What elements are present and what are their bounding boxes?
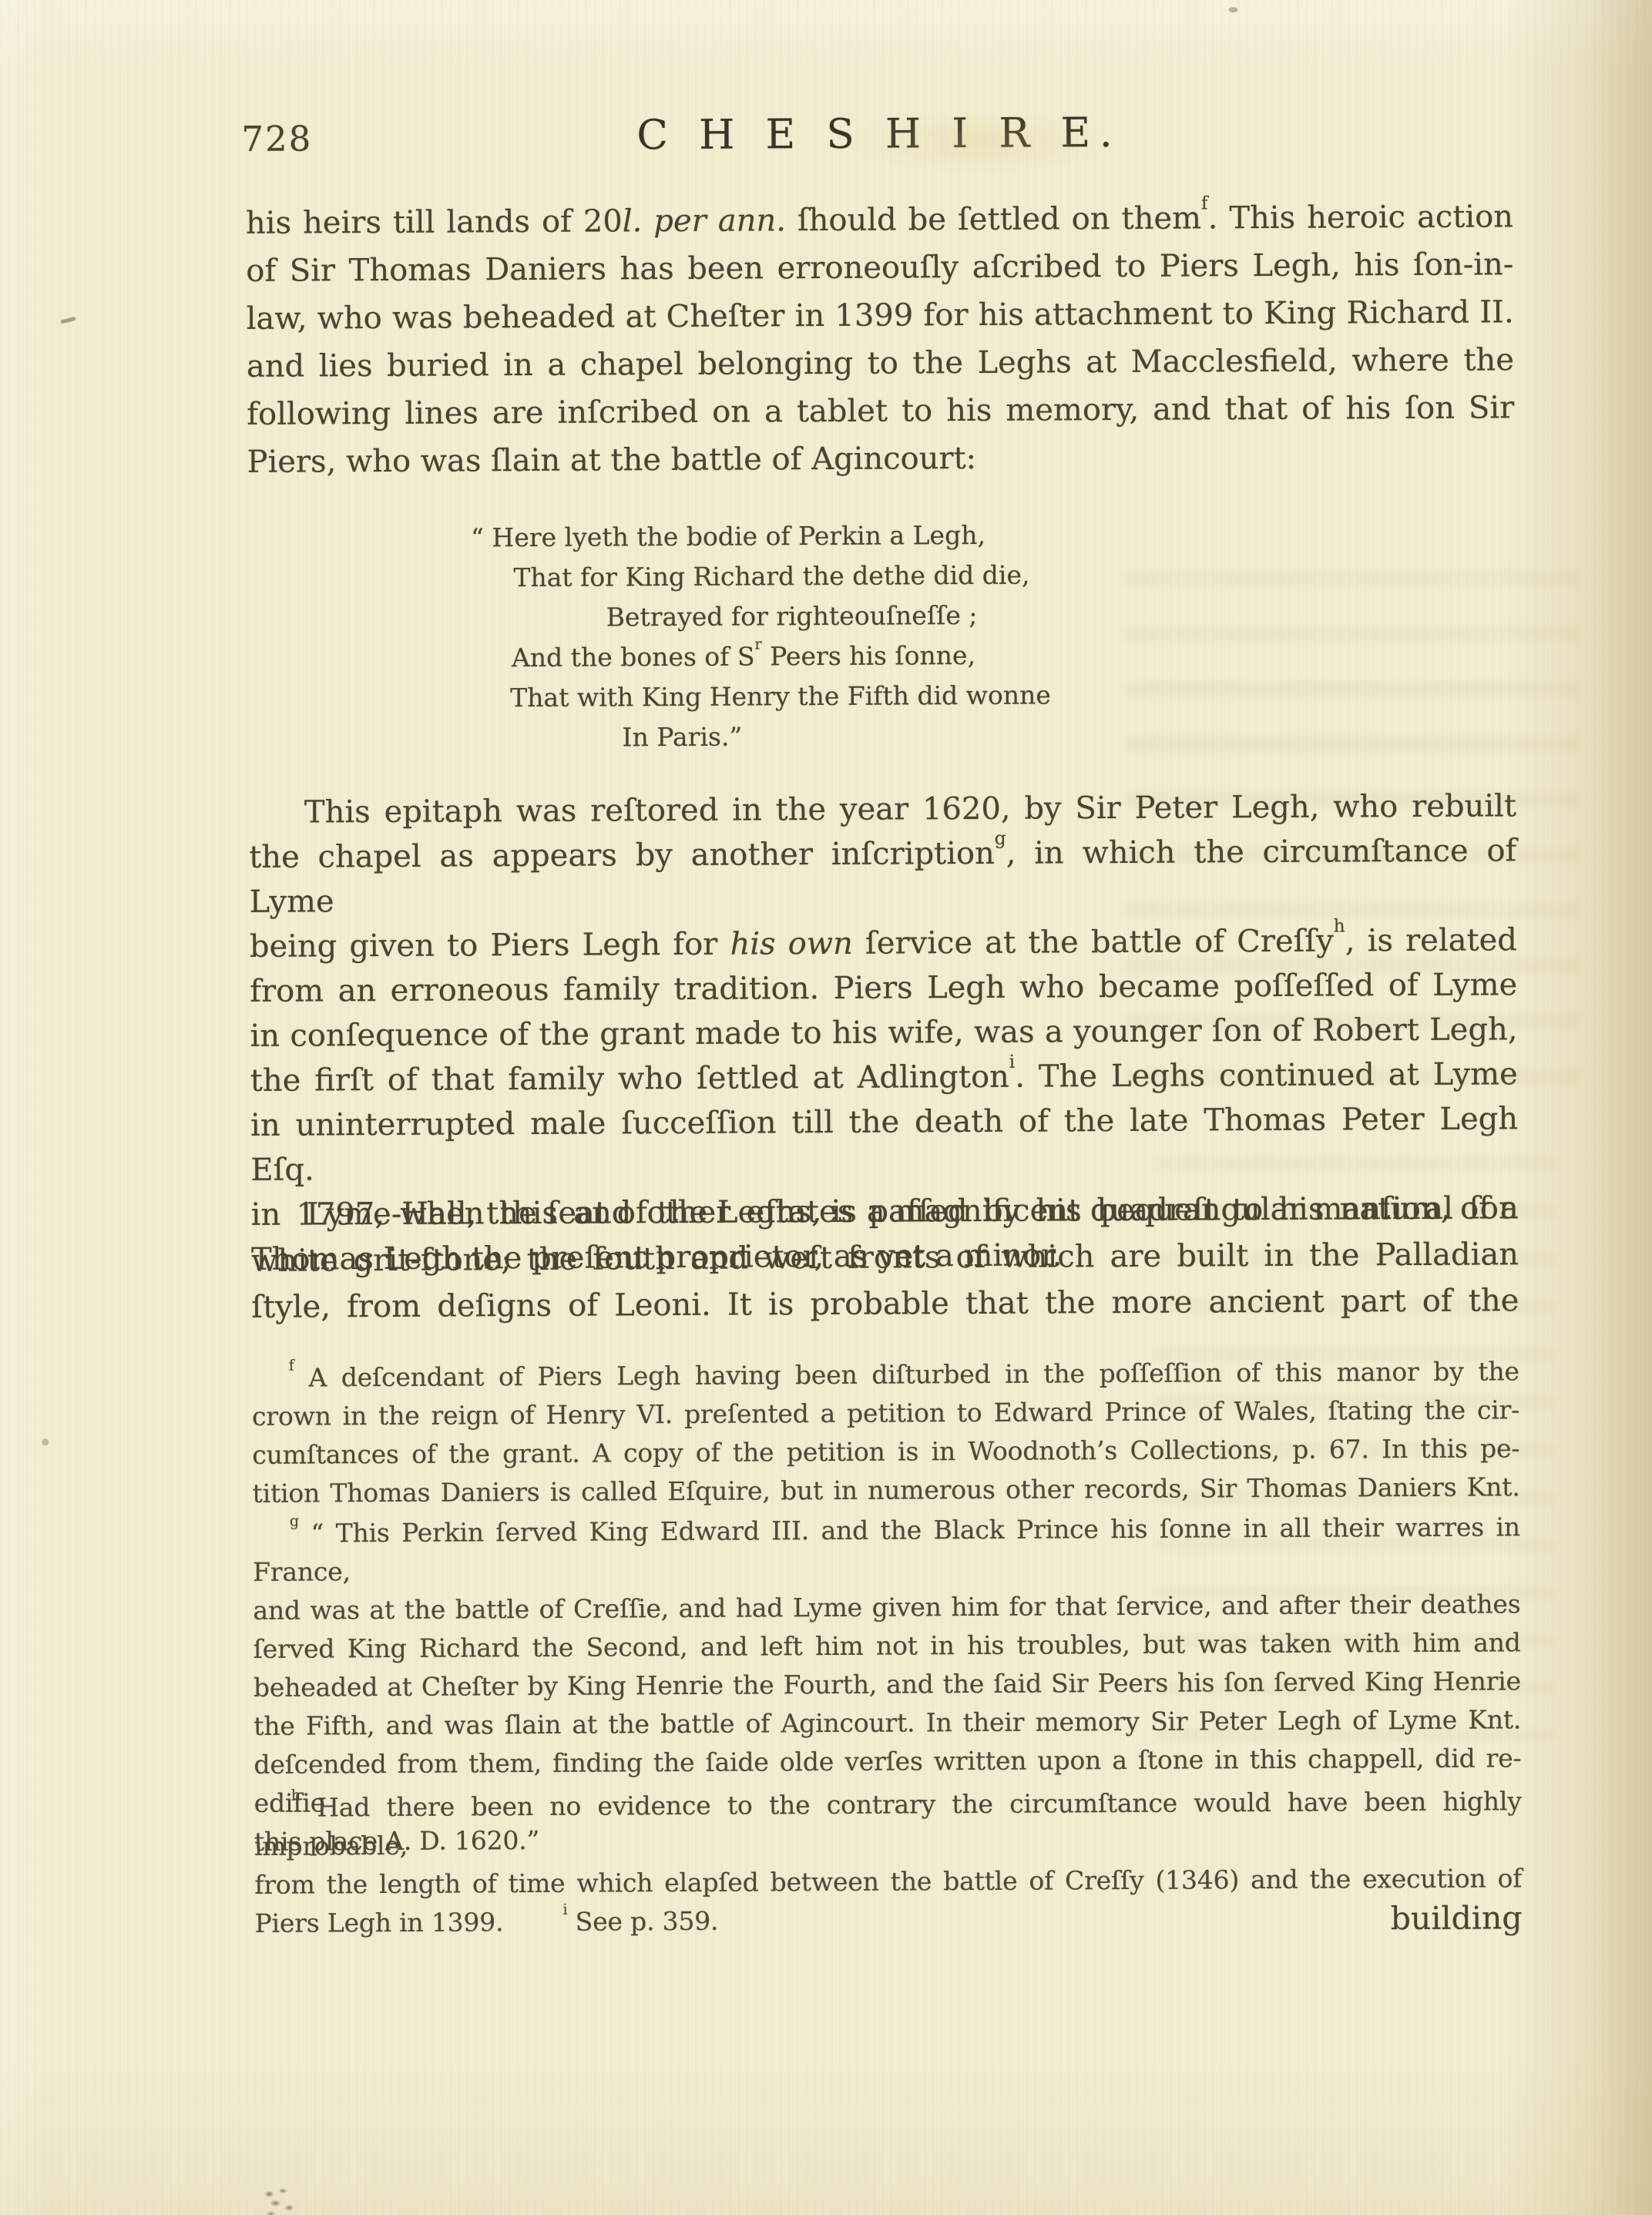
footnote-line: and was at the battle of Creſſie, and ha… [253, 1585, 1520, 1630]
text-line: law, who was beheaded at Cheſter in 1399… [246, 288, 1513, 343]
ink-smudge [260, 2188, 300, 2215]
footnote-line: h Had there been no evidence to the cont… [254, 1782, 1523, 1866]
verse-line: That for King Richard the dethe did die, [513, 554, 1226, 598]
text-line: and lies buried in a chapel belonging to… [247, 336, 1514, 391]
catchword: building [254, 1899, 1522, 1943]
verse-line: In Paris.” [622, 714, 1227, 757]
margin-ink-mark [60, 317, 76, 324]
book-page: 728 C H E S H I R E. his heirs till land… [0, 0, 1652, 2215]
text-line: following lines are inſcribed on a table… [247, 384, 1514, 438]
paper-speck [1229, 7, 1238, 12]
footnote-line: the Fifth, and was ſlain at the battle o… [254, 1700, 1521, 1746]
footnote-line: beheaded at Cheſter by King Henrie the F… [254, 1662, 1521, 1707]
text-line: white grit-ſtone; the ſouth and weſt fro… [251, 1231, 1519, 1284]
footnote-line: crown in the reign of Henry VI. preſente… [252, 1391, 1519, 1436]
footnote-line: f A deſcendant of Piers Legh having been… [252, 1352, 1519, 1398]
verse-line: That with King Henry the Fifth did wonne [510, 674, 1227, 718]
epitaph-verse: “ Here lyeth the bodie of Perkin a Legh,… [471, 514, 1227, 758]
text-line: the chapel as appears by another inſcrip… [249, 828, 1517, 925]
text-line: Piers, who was ſlain at the battle of Ag… [247, 431, 1514, 486]
paper-speck [42, 1438, 49, 1445]
text-line: the firſt of that family who ſettled at … [250, 1052, 1518, 1103]
body-paragraph-3: Lyme-Hall, the ſeat of the Leghs, is a m… [251, 1185, 1519, 1331]
text-line: Lyme-Hall, the ſeat of the Leghs, is a m… [251, 1185, 1519, 1238]
footnote-f: f A deſcendant of Piers Legh having been… [252, 1352, 1520, 1513]
text-line: ſtyle, from deſigns of Leoni. It is prob… [251, 1277, 1519, 1331]
text-line: from an erroneous family tradition. Pier… [250, 962, 1517, 1014]
page-content: 728 C H E S H I R E. his heirs till land… [0, 0, 1652, 2215]
footnote-line: ſerved King Richard the Second, and left… [254, 1623, 1521, 1669]
verse-line: Betrayed for righteouſneſſe ; [606, 594, 1227, 637]
verse-line: And the bones of Sr Peers his ſonne, [512, 634, 1227, 678]
verse-line: “ Here lyeth the bodie of Perkin a Legh, [471, 514, 1226, 558]
text-line: This epitaph was reſtored in the year 16… [249, 784, 1516, 835]
footnote-line: from the length of time which elapſed be… [254, 1859, 1522, 1905]
text-line: of Sir Thomas Daniers has been erroneouſ… [246, 240, 1513, 295]
text-line: in conſequence of the grant made to his … [250, 1007, 1517, 1059]
text-line: being given to Piers Legh for his own ſe… [250, 918, 1517, 969]
text-line: in uninterrupted male ſucceſſion till th… [250, 1096, 1519, 1193]
footnote-line: g “ This Perkin ſerved King Edward III. … [253, 1508, 1521, 1592]
running-header: C H E S H I R E. [245, 107, 1513, 161]
footnote-line: tition Thomas Daniers is called Eſquire,… [252, 1468, 1519, 1513]
footnote-line: cumſtances of the grant. A copy of the p… [252, 1429, 1519, 1475]
text-line: his heirs till lands of 20l. per ann. ſh… [246, 193, 1513, 247]
body-paragraph-1: his heirs till lands of 20l. per ann. ſh… [246, 193, 1515, 486]
